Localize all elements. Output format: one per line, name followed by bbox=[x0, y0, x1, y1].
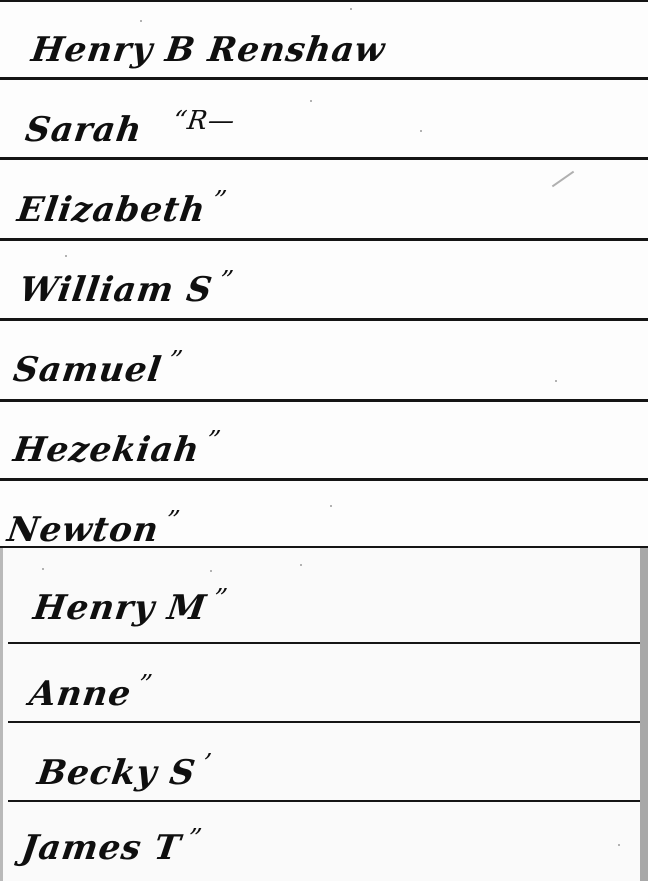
ink-speck bbox=[555, 380, 557, 382]
ditto-mark: ” bbox=[164, 506, 183, 536]
list-item: Samuel” bbox=[0, 320, 640, 400]
list-item: Henry B Renshaw bbox=[0, 0, 640, 80]
ink-speck bbox=[618, 844, 620, 846]
entry-name-text: Samuel bbox=[11, 350, 164, 390]
entry-name-text: Henry M bbox=[31, 588, 209, 628]
list-item: William S” bbox=[0, 240, 640, 320]
ditto-mark: ’ bbox=[201, 749, 214, 779]
entry-name-text: William S bbox=[17, 270, 215, 310]
entry-name-text: Newton bbox=[5, 510, 162, 550]
ditto-mark: ” bbox=[218, 266, 237, 296]
list-item: Sarah“R— bbox=[0, 80, 640, 160]
ink-speck bbox=[420, 130, 422, 132]
register-strip-top: Henry B Renshaw Sarah“R— Elizabeth” Will… bbox=[0, 0, 648, 548]
ink-speck bbox=[42, 568, 44, 570]
list-item: Becky S’ bbox=[0, 723, 640, 803]
entry-name: Sarah“R— bbox=[23, 106, 237, 150]
ditto-mark: ” bbox=[186, 824, 205, 854]
ditto-mark bbox=[390, 26, 394, 56]
entry-name: Elizabeth” bbox=[15, 186, 229, 230]
entry-name: Anne” bbox=[27, 670, 155, 714]
entry-name-text: Anne bbox=[27, 674, 134, 714]
entry-name-text: Becky S bbox=[35, 753, 198, 793]
list-item: James T” bbox=[0, 798, 640, 878]
entry-name: Samuel” bbox=[11, 346, 185, 390]
ditto-mark: ” bbox=[167, 346, 186, 376]
ditto-mark: ” bbox=[205, 426, 224, 456]
entry-name: Newton” bbox=[5, 506, 183, 550]
entry-name-text: James T bbox=[19, 828, 184, 868]
entry-name: Becky S’ bbox=[35, 749, 214, 793]
ink-speck bbox=[330, 505, 332, 507]
ink-speck bbox=[310, 100, 312, 102]
entry-name: William S” bbox=[17, 266, 236, 310]
ditto-mark: “R— bbox=[171, 106, 237, 136]
ink-speck bbox=[300, 564, 302, 566]
ink-speck bbox=[65, 255, 67, 257]
ink-speck bbox=[210, 570, 212, 572]
entry-name-text: Henry B Renshaw bbox=[29, 30, 388, 70]
entry-name: Henry M” bbox=[31, 584, 230, 628]
entry-name: Hezekiah” bbox=[11, 426, 223, 470]
entry-name-text: Elizabeth bbox=[15, 190, 209, 230]
entry-name: James T” bbox=[19, 824, 204, 868]
entry-name-text: Sarah bbox=[23, 110, 145, 150]
list-item: Henry M” bbox=[0, 558, 640, 638]
register-strip-bottom: Henry M” Anne” Becky S’ James T” bbox=[0, 548, 648, 881]
list-item: Elizabeth” bbox=[0, 160, 640, 240]
list-item: Anne” bbox=[0, 644, 640, 724]
ditto-mark: ” bbox=[211, 186, 230, 216]
ink-speck bbox=[350, 8, 352, 10]
ink-speck bbox=[140, 20, 142, 22]
entry-name: Henry B Renshaw bbox=[29, 26, 395, 70]
ditto-mark: ” bbox=[136, 670, 155, 700]
ditto-mark: ” bbox=[212, 584, 231, 614]
entry-name-text: Hezekiah bbox=[11, 430, 203, 470]
list-item: Hezekiah” bbox=[0, 400, 640, 480]
scan-edge bbox=[640, 548, 648, 881]
